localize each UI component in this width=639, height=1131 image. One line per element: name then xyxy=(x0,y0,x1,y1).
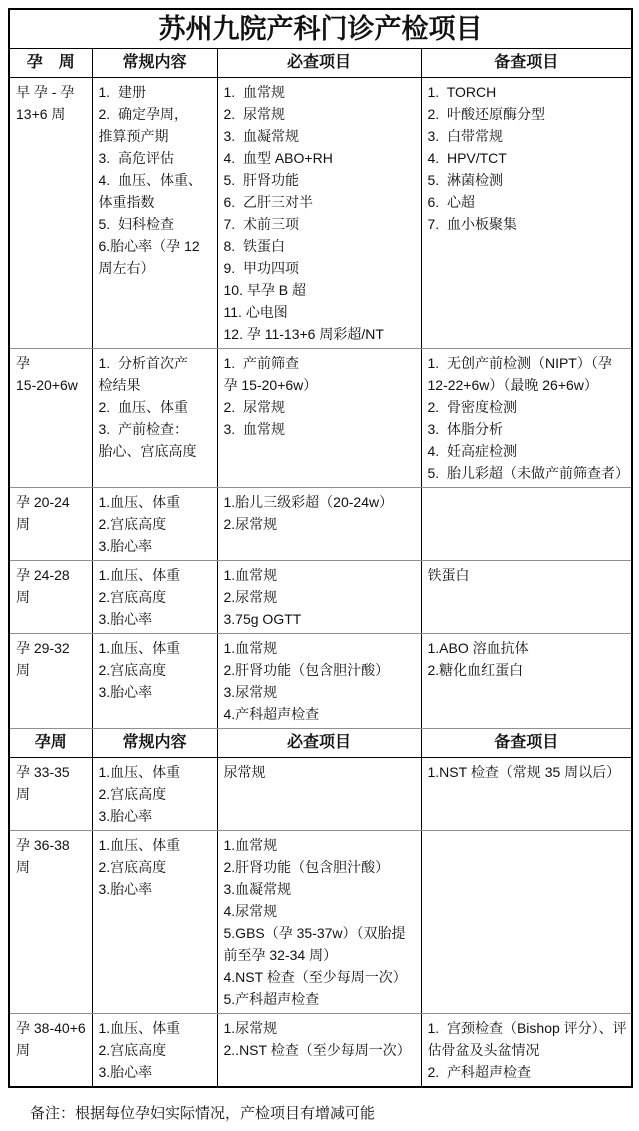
document-page: 苏州九院产科门诊产检项目 孕 周 常规内容 必查项目 备查项目 早 孕 - 孕 … xyxy=(0,0,639,1131)
cell-required: 尿常规 xyxy=(217,758,421,831)
cell-required: 1.血常规 2.肝肾功能（包含胆汁酸） 3.血凝常规 4.尿常规 5.GBS（孕… xyxy=(217,831,421,1014)
cell-backup: 1.ABO 溶血抗体 2.糖化血红蛋白 xyxy=(421,634,632,729)
table-row: 孕 15-20+6w 1. 分析首次产 检结果 2. 血压、体重 3. 产前检查… xyxy=(9,349,632,488)
cell-routine: 1. 建册 2. 确定孕周， 推算预产期 3. 高危评估 4. 血压、体重、 体… xyxy=(92,78,217,349)
table-row: 早 孕 - 孕 13+6 周 1. 建册 2. 确定孕周， 推算预产期 3. 高… xyxy=(9,78,632,349)
cell-week: 孕 33-35 周 xyxy=(9,758,92,831)
page-title: 苏州九院产科门诊产检项目 xyxy=(9,9,632,49)
header-backup: 备查项目 xyxy=(421,729,632,758)
header-week: 孕 周 xyxy=(9,49,92,78)
header-backup: 备查项目 xyxy=(421,49,632,78)
cell-week: 孕 15-20+6w xyxy=(9,349,92,488)
header-routine: 常规内容 xyxy=(92,49,217,78)
cell-routine: 1.血压、体重 2.宫底高度 3.胎心率 xyxy=(92,488,217,561)
cell-backup: 1. TORCH 2. 叶酸还原酶分型 3. 白带常规 4. HPV/TCT 5… xyxy=(421,78,632,349)
cell-week: 孕 20-24 周 xyxy=(9,488,92,561)
cell-backup: 铁蛋白 xyxy=(421,561,632,634)
cell-routine: 1.血压、体重 2.宫底高度 3.胎心率 xyxy=(92,634,217,729)
prenatal-exam-table: 苏州九院产科门诊产检项目 孕 周 常规内容 必查项目 备查项目 早 孕 - 孕 … xyxy=(8,8,633,1088)
cell-backup: 1.NST 检查（常规 35 周以后） xyxy=(421,758,632,831)
cell-required: 1.尿常规 2..NST 检查（至少每周一次） xyxy=(217,1014,421,1088)
footnote: 备注：根据每位孕妇实际情况，产检项目有增减可能 xyxy=(30,1104,639,1124)
header-required: 必查项目 xyxy=(217,49,421,78)
header-routine: 常规内容 xyxy=(92,729,217,758)
cell-routine: 1.血压、体重 2.宫底高度 3.胎心率 xyxy=(92,1014,217,1088)
cell-required: 1.胎儿三级彩超（20-24w） 2.尿常规 xyxy=(217,488,421,561)
cell-required: 1.血常规 2.肝肾功能（包含胆汁酸） 3.尿常规 4.产科超声检查 xyxy=(217,634,421,729)
cell-routine: 1.血压、体重 2.宫底高度 3.胎心率 xyxy=(92,758,217,831)
header-row-2: 孕周 常规内容 必查项目 备查项目 xyxy=(9,729,632,758)
cell-backup xyxy=(421,831,632,1014)
cell-routine: 1.血压、体重 2.宫底高度 3.胎心率 xyxy=(92,831,217,1014)
cell-required: 1. 血常规 2. 尿常规 3. 血凝常规 4. 血型 ABO+RH 5. 肝肾… xyxy=(217,78,421,349)
table-row: 孕 24-28 周 1.血压、体重 2.宫底高度 3.胎心率 1.血常规 2.尿… xyxy=(9,561,632,634)
cell-backup xyxy=(421,488,632,561)
cell-routine: 1.血压、体重 2.宫底高度 3.胎心率 xyxy=(92,561,217,634)
title-row: 苏州九院产科门诊产检项目 xyxy=(9,9,632,49)
cell-week: 孕 29-32 周 xyxy=(9,634,92,729)
table-row: 孕 38-40+6 周 1.血压、体重 2.宫底高度 3.胎心率 1.尿常规 2… xyxy=(9,1014,632,1088)
cell-week: 孕 38-40+6 周 xyxy=(9,1014,92,1088)
cell-required: 1. 产前筛查 孕 15-20+6w） 2. 尿常规 3. 血常规 xyxy=(217,349,421,488)
cell-routine: 1. 分析首次产 检结果 2. 血压、体重 3. 产前检查： 胎心、宫底高度 xyxy=(92,349,217,488)
cell-required: 1.血常规 2.尿常规 3.75g OGTT xyxy=(217,561,421,634)
table-row: 孕 29-32 周 1.血压、体重 2.宫底高度 3.胎心率 1.血常规 2.肝… xyxy=(9,634,632,729)
cell-backup: 1. 无创产前检测（NIPT）（孕 12-22+6w）（最晚 26+6w） 2.… xyxy=(421,349,632,488)
cell-week: 早 孕 - 孕 13+6 周 xyxy=(9,78,92,349)
table-row: 孕 33-35 周 1.血压、体重 2.宫底高度 3.胎心率 尿常规 1.NST… xyxy=(9,758,632,831)
table-row: 孕 36-38 周 1.血压、体重 2.宫底高度 3.胎心率 1.血常规 2.肝… xyxy=(9,831,632,1014)
header-required: 必查项目 xyxy=(217,729,421,758)
table-row: 孕 20-24 周 1.血压、体重 2.宫底高度 3.胎心率 1.胎儿三级彩超（… xyxy=(9,488,632,561)
cell-week: 孕 36-38 周 xyxy=(9,831,92,1014)
header-row-1: 孕 周 常规内容 必查项目 备查项目 xyxy=(9,49,632,78)
cell-week: 孕 24-28 周 xyxy=(9,561,92,634)
header-week: 孕周 xyxy=(9,729,92,758)
cell-backup: 1. 宫颈检查（Bishop 评分）、评 估骨盆及头盆情况 2. 产科超声检查 xyxy=(421,1014,632,1088)
